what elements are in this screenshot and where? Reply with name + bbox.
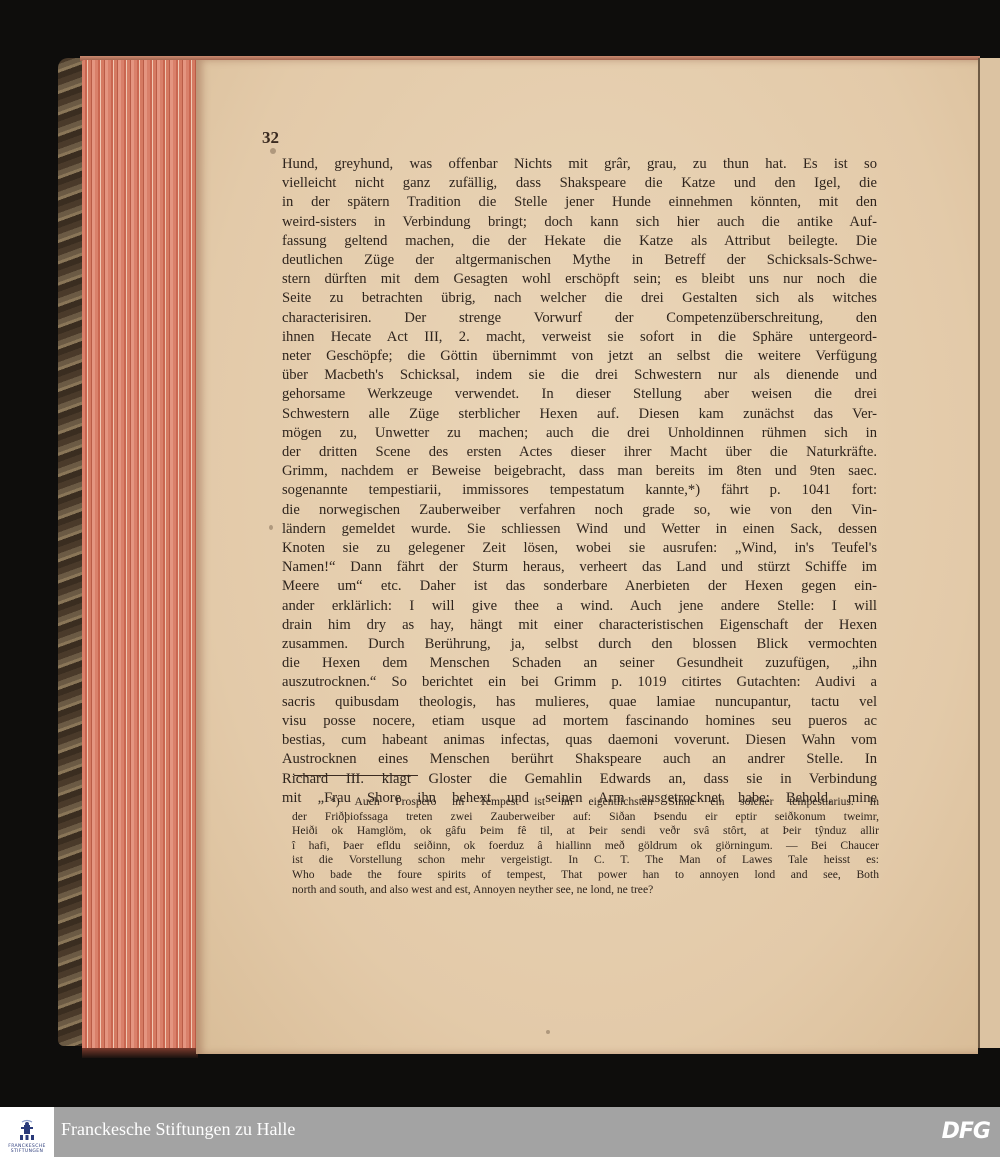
text-line: die norwegischen Zauberweiber verfahren … (282, 501, 877, 520)
text-line: drain him dry as hay, hängt mit einer ch… (282, 616, 877, 635)
text-line: deutlichen Züge der altgermanischen Myth… (282, 251, 877, 270)
paper-spot (546, 1030, 550, 1034)
footnote-line: Who bade the foure spirits of tempest, T… (292, 868, 879, 883)
text-line: characterisiren. Der strenge Vorwurf der… (282, 309, 877, 328)
paper-spot (269, 525, 273, 530)
page-number: 32 (262, 128, 279, 148)
text-line: Namen!“ Dann fährt der Sturm heraus, ver… (282, 558, 877, 577)
institution-name: Franckesche Stiftungen zu Halle (61, 1119, 295, 1140)
text-line: weird-sisters in Verbindung bringt; doch… (282, 213, 877, 232)
text-line: mögen zu, Unwetter zu machen; auch die d… (282, 424, 877, 443)
text-line: auszutrocknen.“ So berichtet ein bei Gri… (282, 673, 877, 692)
text-line: der dritten Scene des ersten Actes diese… (282, 443, 877, 462)
footnote: *) Auch Prospero im Tempest ist im eigen… (292, 795, 879, 897)
text-line: ländern gemeldet wurde. Sie schliessen W… (282, 520, 877, 539)
logo-caption: FRANCKESCHE STIFTUNGEN (8, 1144, 46, 1154)
text-line: bestias, cum habeant animas infectas, qu… (282, 731, 877, 750)
paper-spot (270, 148, 276, 154)
text-line: zusammen. Durch Berührung, ja, selbst du… (282, 635, 877, 654)
text-line: neter Geschöpfe; die Göttin übernimmt vo… (282, 347, 877, 366)
text-line: vielleicht nicht ganz zufällig, dass Sha… (282, 174, 877, 193)
footer-bar: FRANCKESCHE STIFTUNGEN Franckesche Stift… (0, 1107, 1000, 1157)
text-line: Schwestern alle Züge sterblicher Hexen a… (282, 405, 877, 424)
facing-page-edge (978, 58, 1000, 1048)
text-line: ander erklärlich: I will give thee a win… (282, 597, 877, 616)
footnote-line: der Friðþiofssaga treten zwei Zauberweib… (292, 810, 879, 825)
footnote-line: north and south, and also west and est, … (292, 883, 879, 898)
footnote-separator (294, 775, 418, 776)
dfg-logo[interactable]: DFG (942, 1119, 990, 1144)
text-line: die Hexen dem Menschen Schaden an seiner… (282, 654, 877, 673)
text-line: gehorsame Werkzeuge verwendet. In dieser… (282, 385, 877, 404)
text-line: Grimm, nachdem er Beweise beigebracht, d… (282, 462, 877, 481)
text-line: Meere um“ etc. Daher ist das sonderbare … (282, 577, 877, 596)
institution-logo[interactable]: FRANCKESCHE STIFTUNGEN (0, 1107, 54, 1157)
footnote-line: ist die Vorstellung schon mehr vergeisti… (292, 853, 879, 868)
text-line: Austrocknen eines Menschen berührt Shaks… (282, 750, 877, 769)
logo-caption-line2: STIFTUNGEN (8, 1149, 46, 1154)
footnote-line: *) Auch Prospero im Tempest ist im eigen… (292, 795, 879, 810)
text-line: Knoten sie zu gelegener Zeit lösen, wobe… (282, 539, 877, 558)
franckesche-logo-icon (18, 1119, 36, 1141)
text-line: visu posse nocere, etiam usque ad mortem… (282, 712, 877, 731)
text-line: ihnen Hecate Act III, 2. macht, verweist… (282, 328, 877, 347)
text-line: sacris quibusdam theologis, has mulieres… (282, 693, 877, 712)
text-line: sogenannte tempestiarii, immissores temp… (282, 481, 877, 500)
text-line: Richard III. klagt Gloster die Gemahlin … (282, 770, 877, 789)
body-text: Hund, greyhund, was offenbar Nichts mit … (282, 155, 877, 808)
text-line: Hund, greyhund, was offenbar Nichts mit … (282, 155, 877, 174)
text-line: Seite zu betrachten übrig, nach welcher … (282, 289, 877, 308)
red-page-edges (82, 60, 198, 1050)
text-line: über Macbeth's Schicksal, indem sie die … (282, 366, 877, 385)
footnote-line: î hafi, Þaer efldu seiðinn, ok foerduz â… (292, 839, 879, 854)
text-line: in der spätern Tradition die Stelle jene… (282, 193, 877, 212)
footnote-line: Heiði ok Hamglöm, ok gâfu Þeim fê til, a… (292, 824, 879, 839)
text-line: fassung geltend machen, die der Hekate d… (282, 232, 877, 251)
text-line: stern dürften mit dem Gesagten wohl ersc… (282, 270, 877, 289)
